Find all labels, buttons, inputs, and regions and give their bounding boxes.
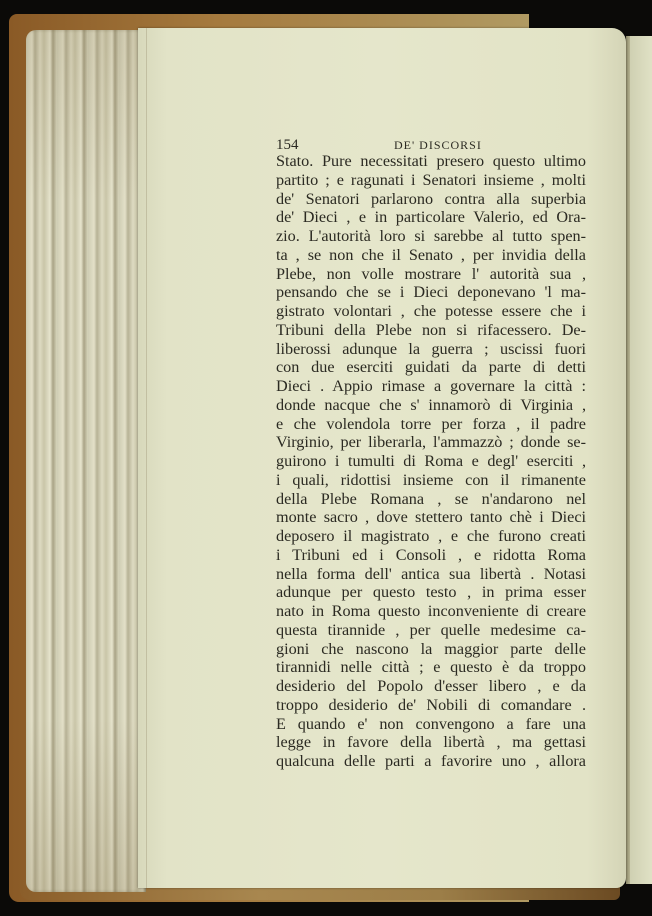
text-line: i quali, ridottisi insieme con il rimane…: [276, 471, 586, 490]
text-line: Tribuni della Plebe non si rifacessero. …: [276, 321, 586, 340]
text-line: i Tribuni ed i Consoli , e ridotta Roma: [276, 546, 586, 565]
text-line: nato in Roma questo inconveniente di cre…: [276, 602, 586, 621]
text-line: de' Dieci , e in particolare Valerio, ed…: [276, 208, 586, 227]
book-gutter: [626, 36, 630, 884]
text-line: della Plebe Romana , se n'andarono nel: [276, 490, 586, 509]
body-text: Stato. Pure necessitati presero questo u…: [276, 152, 586, 771]
text-line: E quando e' non convengono a fare una: [276, 715, 586, 734]
text-line: zio. L'autorità loro si sarebbe al tutto…: [276, 227, 586, 246]
text-line: monte sacro , dove stettero tanto chè i …: [276, 508, 586, 527]
text-line: Plebe, non volle mostrare l' autorità su…: [276, 265, 586, 284]
page-text-block: 154 DE' DISCORSI Stato. Pure necessitati…: [276, 136, 586, 771]
text-line: nella forma dell' antica sua libertà . N…: [276, 565, 586, 584]
text-line: legge in favore della libertà , ma getta…: [276, 733, 586, 752]
text-line: gistrato volontari , che potesse essere …: [276, 302, 586, 321]
text-line: Virginio, per liberarla, l'ammazzò ; don…: [276, 433, 586, 452]
text-line: troppo desiderio de' Nobili di comandare…: [276, 696, 586, 715]
text-line: de' Senatori parlarono contra alla super…: [276, 190, 586, 209]
text-line: donde nacque che s' innamorò di Virginia…: [276, 396, 586, 415]
text-line: partito ; e ragunati i Senatori insieme …: [276, 171, 586, 190]
text-line: Stato. Pure necessitati presero questo u…: [276, 152, 586, 171]
text-line: liberossi adunque la guerra ; uscissi fu…: [276, 340, 586, 359]
text-line: con due eserciti guidati da parte di det…: [276, 358, 586, 377]
text-line: ta , se non che il Senato , per invidia …: [276, 246, 586, 265]
text-line: pensando che se i Dieci deponevano 'l ma…: [276, 283, 586, 302]
text-line: gioni che nascono la maggior parte delle: [276, 640, 586, 659]
page-header: 154 DE' DISCORSI: [276, 136, 586, 153]
page-stack-shading: [26, 30, 146, 892]
text-line: guirono i tumulti di Roma e degl' eserci…: [276, 452, 586, 471]
page-fold-line: [146, 28, 147, 888]
text-line: questa tirannide , per quelle medesime c…: [276, 621, 586, 640]
text-line: Dieci . Appio rimase a governare la citt…: [276, 377, 586, 396]
text-line: desiderio del Popolo d'esser libero , e …: [276, 677, 586, 696]
text-line: qualcuna delle parti a favorire uno , al…: [276, 752, 586, 771]
book-scan: 154 DE' DISCORSI Stato. Pure necessitati…: [0, 0, 652, 916]
facing-page-edge: [630, 36, 652, 884]
text-line: deposero il magistrato , e che furono cr…: [276, 527, 586, 546]
text-line: e che volendola torre per forza , il pad…: [276, 415, 586, 434]
text-line: tirannidi nelle città ; e questo è da tr…: [276, 658, 586, 677]
text-line: adunque per questo testo , in prima esse…: [276, 583, 586, 602]
